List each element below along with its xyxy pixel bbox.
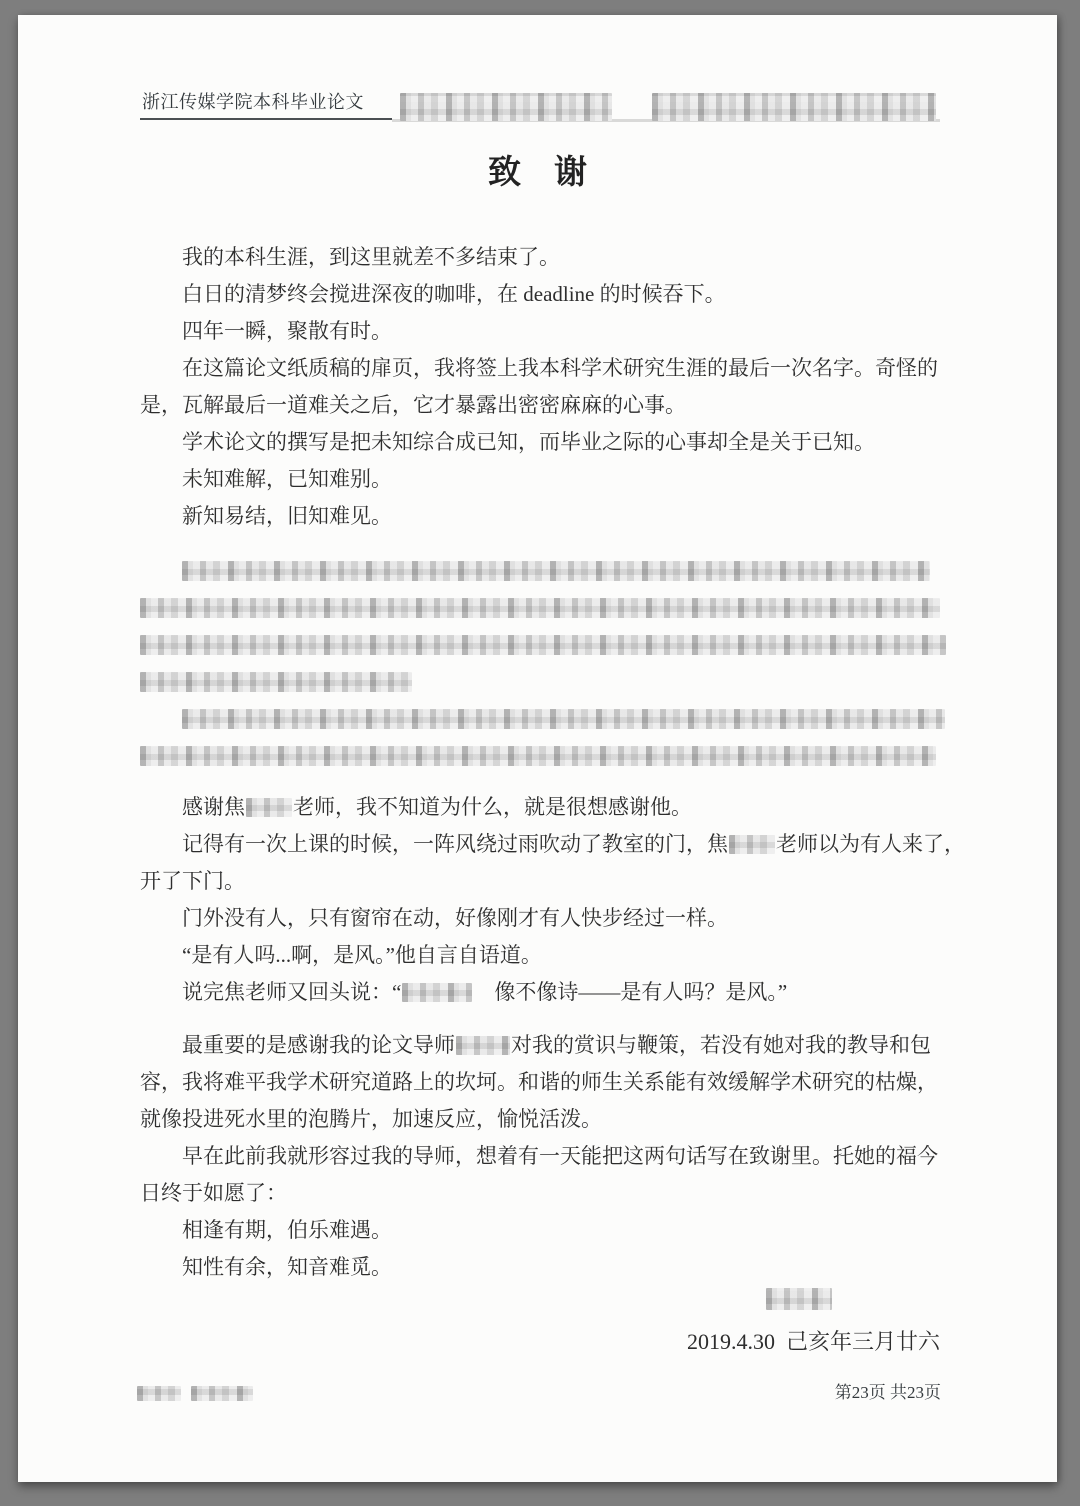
footer-redacted-left-1	[137, 1386, 181, 1401]
body-text-segment: 早在此前我就形容过我的导师，想着有一天能把这两句话写在致谢里。托她的福今	[182, 1144, 938, 1168]
body-line: 记得有一次上课的时候，一阵风绕过雨吹动了教室的门，焦老师以为有人来了，	[140, 826, 960, 863]
body-line: 是，瓦解最后一道难关之后，它才暴露出密密麻麻的心事。	[140, 387, 960, 424]
body-text-segment: 记得有一次上课的时候，一阵风绕过雨吹动了教室的门，焦	[182, 832, 728, 856]
body-line: 白日的清梦终会搅进深夜的咖啡，在 deadline 的时候吞下。	[140, 276, 960, 313]
body-text-segment: 四年一瞬，聚散有时。	[182, 319, 392, 343]
body-line: 学术论文的撰写是把未知综合成已知，而毕业之际的心事却全是关于已知。	[140, 424, 960, 461]
body-line: 门外没有人，只有窗帘在动，好像刚才有人快步经过一样。	[140, 900, 960, 937]
redacted-line	[140, 625, 960, 662]
body-line: 在这篇论文纸质稿的扉页，我将签上我本科学术研究生涯的最后一次名字。奇怪的	[140, 350, 960, 387]
body-text-segment: 我的本科生涯，到这里就差不多结束了。	[182, 245, 560, 269]
redacted-line	[140, 551, 960, 588]
body-text-segment: 在这篇论文纸质稿的扉页，我将签上我本科学术研究生涯的最后一次名字。奇怪的	[182, 356, 938, 380]
body-text-segment: 老师以为有人来了，	[776, 832, 965, 856]
paragraph-gap	[140, 535, 960, 551]
document-sheet: 浙江传媒学院本科毕业论文 致 谢 我的本科生涯，到这里就差不多结束了。白日的清梦…	[18, 15, 1057, 1482]
body-text-segment: 未知难解，已知难别。	[182, 467, 392, 491]
body-line: 相逢有期，伯乐难遇。	[140, 1212, 960, 1249]
body-text-segment: 相逢有期，伯乐难遇。	[182, 1218, 392, 1242]
body-line: 说完焦老师又回头说：“ 像不像诗——是有人吗？是风。”	[140, 974, 960, 1011]
body-text-segment: 开了下门。	[140, 869, 245, 893]
redacted-name	[456, 1036, 510, 1055]
page-number: 第23页 共23页	[835, 1378, 941, 1403]
body-text-segment: 知性有余，知音难觅。	[182, 1255, 392, 1279]
body-text-segment: 对我的赏识与鞭策，若没有她对我的教导和包	[511, 1033, 931, 1057]
redacted-line	[140, 662, 960, 699]
body-text-segment: 学术论文的撰写是把未知综合成已知，而毕业之际的心事却全是关于已知。	[182, 430, 875, 454]
body-text-segment: 老师，我不知道为什么，就是很想感谢他。	[293, 795, 692, 819]
redacted-text-block	[140, 598, 940, 618]
body-text-segment: “是有人吗...啊，是风。”他自言自语道。	[182, 943, 542, 967]
redacted-name	[246, 798, 292, 817]
header-redacted-title-part1	[400, 93, 612, 121]
redacted-text-block	[182, 709, 945, 729]
acknowledgement-body: 我的本科生涯，到这里就差不多结束了。白日的清梦终会搅进深夜的咖啡，在 deadl…	[140, 239, 960, 1286]
page-title: 致 谢	[18, 146, 1057, 193]
body-text-segment: 像不像诗——是有人吗？是风。”	[473, 980, 787, 1004]
body-line: 新知易结，旧知难见。	[140, 498, 960, 535]
body-line: 容，我将难平我学术研究道路上的坎坷。和谐的师生关系能有效缓解学术研究的枯燥，	[140, 1064, 960, 1101]
body-line: 最重要的是感谢我的论文导师对我的赏识与鞭策，若没有她对我的教导和包	[140, 1027, 960, 1064]
paragraph-gap	[140, 773, 960, 789]
body-line: 四年一瞬，聚散有时。	[140, 313, 960, 350]
body-text-segment: 最重要的是感谢我的论文导师	[182, 1033, 455, 1057]
body-text-segment: 白日的清梦终会搅进深夜的咖啡，在 deadline 的时候吞下。	[182, 282, 726, 306]
body-text-segment: 日终于如愿了：	[140, 1181, 287, 1205]
redacted-line	[140, 699, 960, 736]
redacted-name	[729, 835, 775, 854]
body-text-segment: 是，瓦解最后一道难关之后，它才暴露出密密麻麻的心事。	[140, 393, 686, 417]
paragraph-gap	[140, 1011, 960, 1027]
body-line: 就像投进死水里的泡腾片，加速反应，愉悦活泼。	[140, 1101, 960, 1138]
body-line: 日终于如愿了：	[140, 1175, 960, 1212]
body-text-segment: 就像投进死水里的泡腾片，加速反应，愉悦活泼。	[140, 1107, 602, 1131]
body-line: 知性有余，知音难觅。	[140, 1249, 960, 1286]
header-redacted-title-part2	[652, 93, 936, 121]
body-text-segment: 门外没有人，只有窗帘在动，好像刚才有人快步经过一样。	[182, 906, 728, 930]
redacted-text-block	[140, 672, 412, 692]
body-line: 我的本科生涯，到这里就差不多结束了。	[140, 239, 960, 276]
redacted-text-block	[182, 561, 930, 581]
redacted-line	[140, 736, 960, 773]
redacted-signature	[766, 1288, 832, 1310]
redacted-text-block	[140, 635, 946, 655]
body-text-segment: 感谢焦	[182, 795, 245, 819]
body-text-segment: 新知易结，旧知难见。	[182, 504, 392, 528]
body-line: 早在此前我就形容过我的导师，想着有一天能把这两句话写在致谢里。托她的福今	[140, 1138, 960, 1175]
body-text-segment: 容，我将难平我学术研究道路上的坎坷。和谐的师生关系能有效缓解学术研究的枯燥，	[140, 1070, 938, 1094]
body-line: 开了下门。	[140, 863, 960, 900]
signature-date: 2019.4.30 己亥年三月廿六	[687, 1325, 940, 1356]
body-line: 未知难解，已知难别。	[140, 461, 960, 498]
redacted-text-block	[140, 746, 936, 766]
screenshot-root: { "colors":{"surround":"#7e7e7e","sheet"…	[0, 0, 1080, 1506]
body-line: 感谢焦老师，我不知道为什么，就是很想感谢他。	[140, 789, 960, 826]
body-text-segment: 说完焦老师又回头说：“	[182, 980, 401, 1004]
redacted-name	[402, 983, 472, 1002]
redacted-line	[140, 588, 960, 625]
header-label: 浙江传媒学院本科毕业论文	[142, 88, 364, 114]
header-rule	[140, 118, 392, 120]
footer-redacted-left-2	[191, 1386, 253, 1401]
body-line: “是有人吗...啊，是风。”他自言自语道。	[140, 937, 960, 974]
